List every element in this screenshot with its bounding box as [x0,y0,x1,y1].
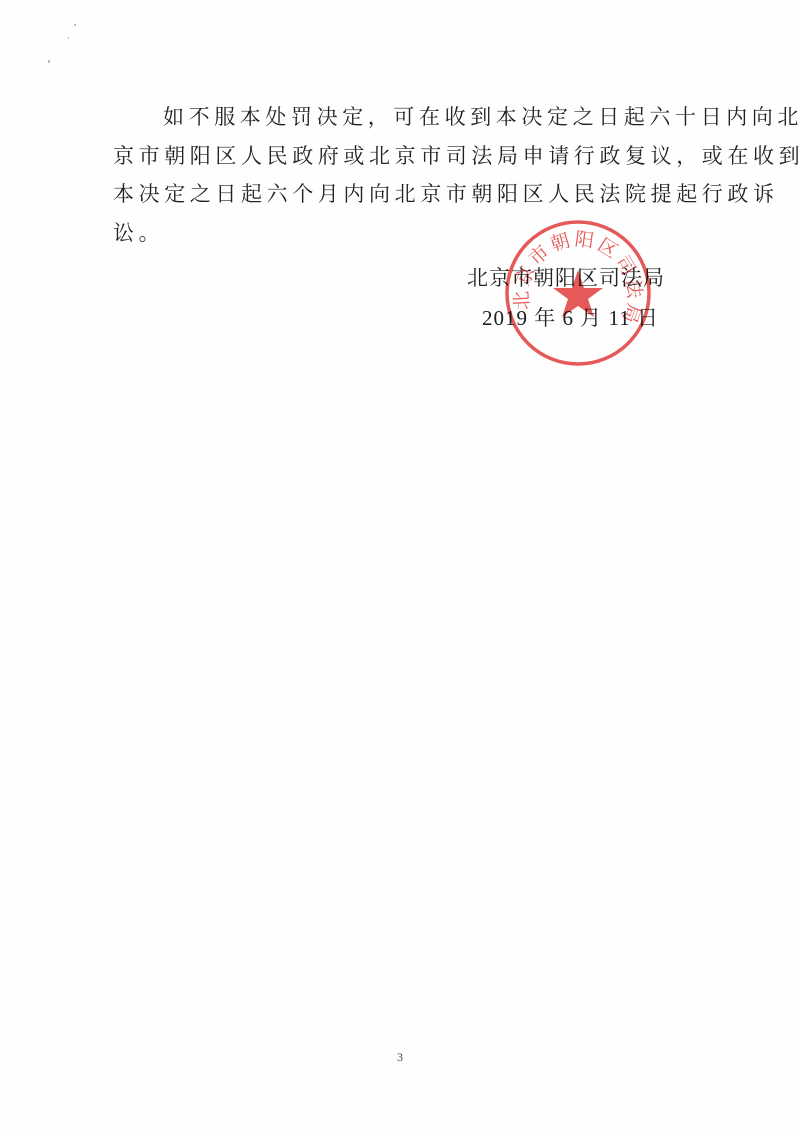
paragraph-line: 京市朝阳区人民政府或北京市司法局申请行政复议，或在收到 [113,137,703,176]
paragraph-line: 如不服本处罚决定，可在收到本决定之日起六十日内向北 [113,98,703,137]
signature-organization: 北京市朝阳区司法局 [467,262,665,292]
paragraph-line: 讼。 [113,214,703,253]
scan-speck [48,60,50,63]
scan-speck [74,24,76,26]
scan-speck [68,37,69,39]
appeal-notice-paragraph: 如不服本处罚决定，可在收到本决定之日起六十日内向北 京市朝阳区人民政府或北京市司… [113,98,703,252]
signature-date: 2019 年 6 月 11 日 [482,302,659,332]
paragraph-line: 本决定之日起六个月内向北京市朝阳区人民法院提起行政诉 [113,175,703,214]
page-number: 3 [397,1050,403,1065]
